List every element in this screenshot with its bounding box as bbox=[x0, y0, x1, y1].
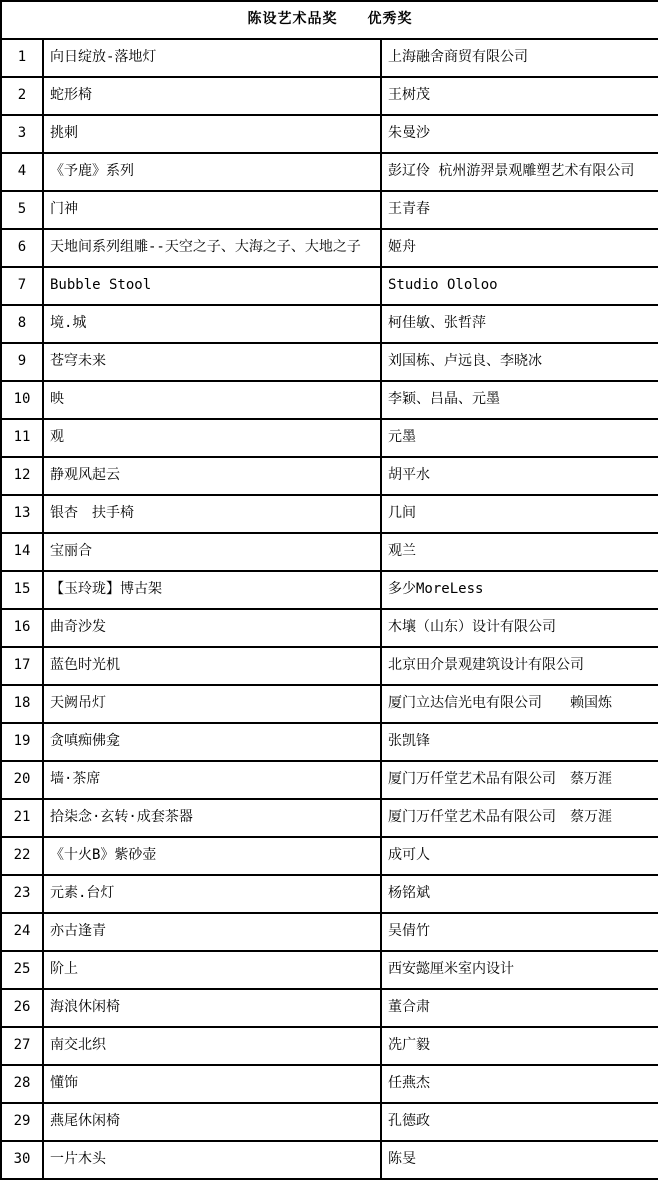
work-name-cell: 懂饰 bbox=[43, 1065, 381, 1103]
work-name-cell: 蛇形椅 bbox=[43, 77, 381, 115]
table-row: 2 蛇形椅 王树茂 bbox=[1, 77, 658, 115]
work-name-cell: 境.城 bbox=[43, 305, 381, 343]
work-name-cell: 映 bbox=[43, 381, 381, 419]
awards-table: 陈设艺术品奖 优秀奖 1 向日绽放-落地灯 上海融舍商贸有限公司 2 蛇形椅 王… bbox=[0, 0, 658, 1180]
winner-cell: 刘国栋、卢远良、李晓冰 bbox=[381, 343, 658, 381]
table-row: 16 曲奇沙发 木壤（山东）设计有限公司 bbox=[1, 609, 658, 647]
row-number-cell: 4 bbox=[1, 153, 43, 191]
work-name-cell: 静观风起云 bbox=[43, 457, 381, 495]
row-number-cell: 8 bbox=[1, 305, 43, 343]
table-row: 27 南交北织 冼广毅 bbox=[1, 1027, 658, 1065]
row-number-cell: 11 bbox=[1, 419, 43, 457]
work-name-cell: 银杏 扶手椅 bbox=[43, 495, 381, 533]
table-row: 3 挑刺 朱曼沙 bbox=[1, 115, 658, 153]
row-number-cell: 17 bbox=[1, 647, 43, 685]
work-name-cell: 苍穹未来 bbox=[43, 343, 381, 381]
row-number-cell: 18 bbox=[1, 685, 43, 723]
table-row: 9 苍穹未来 刘国栋、卢远良、李晓冰 bbox=[1, 343, 658, 381]
row-number-cell: 27 bbox=[1, 1027, 43, 1065]
table-row: 18 天阙吊灯 厦门立达信光电有限公司 赖国炼 bbox=[1, 685, 658, 723]
winner-cell: 上海融舍商贸有限公司 bbox=[381, 39, 658, 77]
work-name-cell: 贪嗔痴佛龛 bbox=[43, 723, 381, 761]
row-number-cell: 22 bbox=[1, 837, 43, 875]
row-number-cell: 14 bbox=[1, 533, 43, 571]
row-number-cell: 30 bbox=[1, 1141, 43, 1179]
winner-cell: 姬舟 bbox=[381, 229, 658, 267]
row-number-cell: 5 bbox=[1, 191, 43, 229]
winner-cell: 陈旻 bbox=[381, 1141, 658, 1179]
work-name-cell: 挑刺 bbox=[43, 115, 381, 153]
winner-cell: 朱曼沙 bbox=[381, 115, 658, 153]
winner-cell: 张凯锋 bbox=[381, 723, 658, 761]
winner-cell: Studio Ololoo bbox=[381, 267, 658, 305]
winner-cell: 木壤（山东）设计有限公司 bbox=[381, 609, 658, 647]
work-name-cell: 《予鹿》系列 bbox=[43, 153, 381, 191]
work-name-cell: 门神 bbox=[43, 191, 381, 229]
winner-cell: 柯佳敏、张哲萍 bbox=[381, 305, 658, 343]
winner-cell: 彭辽伶 杭州游羿景观雕塑艺术有限公司 bbox=[381, 153, 658, 191]
work-name-cell: 海浪休闲椅 bbox=[43, 989, 381, 1027]
row-number-cell: 10 bbox=[1, 381, 43, 419]
work-name-cell: Bubble Stool bbox=[43, 267, 381, 305]
work-name-cell: 向日绽放-落地灯 bbox=[43, 39, 381, 77]
row-number-cell: 15 bbox=[1, 571, 43, 609]
table-row: 21 拾柒念·玄转·成套茶器 厦门万仟堂艺术品有限公司 蔡万涯 bbox=[1, 799, 658, 837]
table-row: 7 Bubble Stool Studio Ololoo bbox=[1, 267, 658, 305]
row-number-cell: 20 bbox=[1, 761, 43, 799]
work-name-cell: 阶上 bbox=[43, 951, 381, 989]
winner-cell: 李颖、吕晶、元墨 bbox=[381, 381, 658, 419]
winner-cell: 胡平水 bbox=[381, 457, 658, 495]
work-name-cell: 曲奇沙发 bbox=[43, 609, 381, 647]
table-row: 28 懂饰 任燕杰 bbox=[1, 1065, 658, 1103]
work-name-cell: 观 bbox=[43, 419, 381, 457]
row-number-cell: 12 bbox=[1, 457, 43, 495]
table-row: 24 亦古逢青 吴倩竹 bbox=[1, 913, 658, 951]
winner-cell: 冼广毅 bbox=[381, 1027, 658, 1065]
winner-cell: 几间 bbox=[381, 495, 658, 533]
work-name-cell: 一片木头 bbox=[43, 1141, 381, 1179]
work-name-cell: 宝丽合 bbox=[43, 533, 381, 571]
row-number-cell: 28 bbox=[1, 1065, 43, 1103]
winner-cell: 元墨 bbox=[381, 419, 658, 457]
work-name-cell: 元素.台灯 bbox=[43, 875, 381, 913]
page-title: 陈设艺术品奖 优秀奖 bbox=[1, 1, 658, 39]
winner-cell: 北京田介景观建筑设计有限公司 bbox=[381, 647, 658, 685]
table-row: 1 向日绽放-落地灯 上海融舍商贸有限公司 bbox=[1, 39, 658, 77]
row-number-cell: 23 bbox=[1, 875, 43, 913]
work-name-cell: 蓝色时光机 bbox=[43, 647, 381, 685]
winner-cell: 吴倩竹 bbox=[381, 913, 658, 951]
table-row: 5 门神 王青春 bbox=[1, 191, 658, 229]
work-name-cell: 南交北织 bbox=[43, 1027, 381, 1065]
row-number-cell: 24 bbox=[1, 913, 43, 951]
winner-cell: 孔德政 bbox=[381, 1103, 658, 1141]
winner-cell: 厦门万仟堂艺术品有限公司 蔡万涯 bbox=[381, 799, 658, 837]
winner-cell: 杨铭斌 bbox=[381, 875, 658, 913]
table-row: 22 《十火B》紫砂壶 成可人 bbox=[1, 837, 658, 875]
table-row: 15 【玉玲珑】博古架 多少MoreLess bbox=[1, 571, 658, 609]
table-row: 4 《予鹿》系列 彭辽伶 杭州游羿景观雕塑艺术有限公司 bbox=[1, 153, 658, 191]
row-number-cell: 13 bbox=[1, 495, 43, 533]
table-row: 30 一片木头 陈旻 bbox=[1, 1141, 658, 1179]
winner-cell: 厦门立达信光电有限公司 赖国炼 bbox=[381, 685, 658, 723]
winner-cell: 多少MoreLess bbox=[381, 571, 658, 609]
winner-cell: 成可人 bbox=[381, 837, 658, 875]
table-row: 12 静观风起云 胡平水 bbox=[1, 457, 658, 495]
table-row: 25 阶上 西安懿厘米室内设计 bbox=[1, 951, 658, 989]
row-number-cell: 6 bbox=[1, 229, 43, 267]
table-row: 17 蓝色时光机 北京田介景观建筑设计有限公司 bbox=[1, 647, 658, 685]
work-name-cell: 拾柒念·玄转·成套茶器 bbox=[43, 799, 381, 837]
work-name-cell: 【玉玲珑】博古架 bbox=[43, 571, 381, 609]
work-name-cell: 天地间系列组雕--天空之子、大海之子、大地之子 bbox=[43, 229, 381, 267]
row-number-cell: 29 bbox=[1, 1103, 43, 1141]
table-title-row: 陈设艺术品奖 优秀奖 bbox=[1, 1, 658, 39]
row-number-cell: 2 bbox=[1, 77, 43, 115]
work-name-cell: 燕尾休闲椅 bbox=[43, 1103, 381, 1141]
winner-cell: 厦门万仟堂艺术品有限公司 蔡万涯 bbox=[381, 761, 658, 799]
row-number-cell: 1 bbox=[1, 39, 43, 77]
row-number-cell: 19 bbox=[1, 723, 43, 761]
table-row: 6 天地间系列组雕--天空之子、大海之子、大地之子 姬舟 bbox=[1, 229, 658, 267]
table-row: 29 燕尾休闲椅 孔德政 bbox=[1, 1103, 658, 1141]
table-row: 19 贪嗔痴佛龛 张凯锋 bbox=[1, 723, 658, 761]
row-number-cell: 7 bbox=[1, 267, 43, 305]
winner-cell: 王树茂 bbox=[381, 77, 658, 115]
table-row: 20 墙·茶席 厦门万仟堂艺术品有限公司 蔡万涯 bbox=[1, 761, 658, 799]
row-number-cell: 26 bbox=[1, 989, 43, 1027]
table-row: 23 元素.台灯 杨铭斌 bbox=[1, 875, 658, 913]
table-row: 8 境.城 柯佳敏、张哲萍 bbox=[1, 305, 658, 343]
table-row: 11 观 元墨 bbox=[1, 419, 658, 457]
table-row: 10 映 李颖、吕晶、元墨 bbox=[1, 381, 658, 419]
awards-table-body: 1 向日绽放-落地灯 上海融舍商贸有限公司 2 蛇形椅 王树茂 3 挑刺 朱曼沙… bbox=[1, 39, 658, 1179]
winner-cell: 王青春 bbox=[381, 191, 658, 229]
winner-cell: 观兰 bbox=[381, 533, 658, 571]
table-row: 14 宝丽合 观兰 bbox=[1, 533, 658, 571]
winner-cell: 董合肃 bbox=[381, 989, 658, 1027]
table-row: 26 海浪休闲椅 董合肃 bbox=[1, 989, 658, 1027]
row-number-cell: 16 bbox=[1, 609, 43, 647]
work-name-cell: 天阙吊灯 bbox=[43, 685, 381, 723]
work-name-cell: 《十火B》紫砂壶 bbox=[43, 837, 381, 875]
table-row: 13 银杏 扶手椅 几间 bbox=[1, 495, 658, 533]
row-number-cell: 21 bbox=[1, 799, 43, 837]
winner-cell: 西安懿厘米室内设计 bbox=[381, 951, 658, 989]
work-name-cell: 亦古逢青 bbox=[43, 913, 381, 951]
row-number-cell: 9 bbox=[1, 343, 43, 381]
work-name-cell: 墙·茶席 bbox=[43, 761, 381, 799]
row-number-cell: 3 bbox=[1, 115, 43, 153]
winner-cell: 任燕杰 bbox=[381, 1065, 658, 1103]
row-number-cell: 25 bbox=[1, 951, 43, 989]
